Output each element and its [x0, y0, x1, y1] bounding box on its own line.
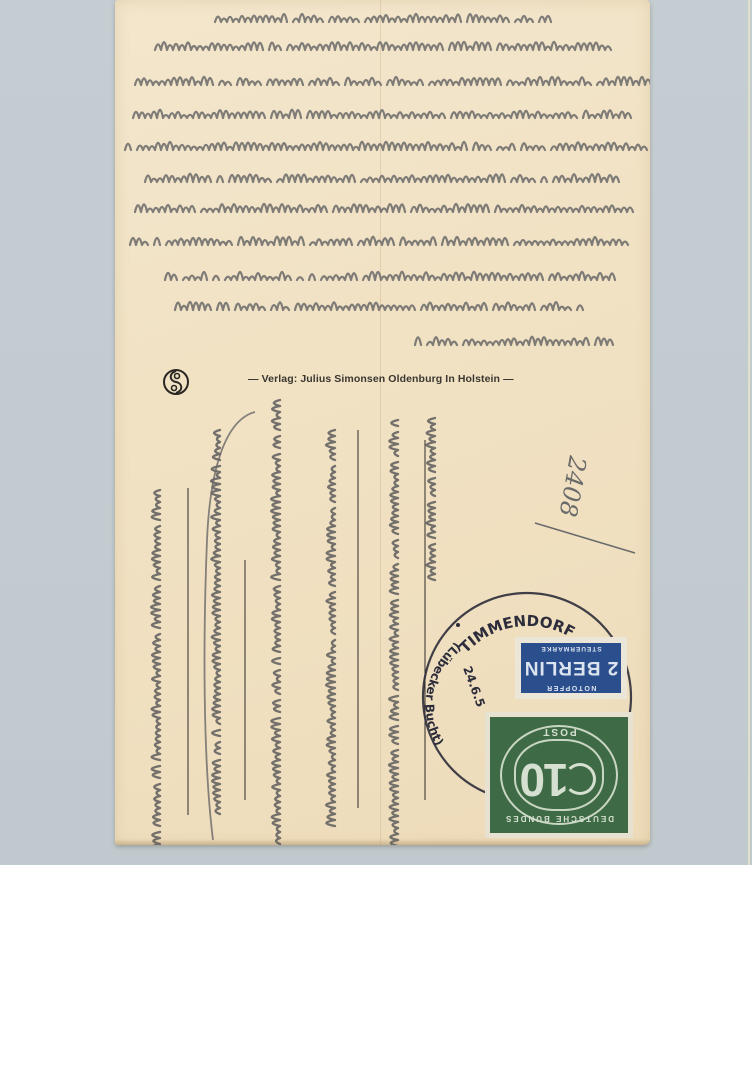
svg-text:(Lübecker Bucht): (Lübecker Bucht) — [423, 640, 464, 748]
stamp-blue-city: BERLIN — [524, 658, 601, 679]
stamp-green-value: 10 — [490, 757, 628, 803]
stamp-notopfer-berlin: NOTOPFER 2 BERLIN STEUERMARKE — [515, 637, 627, 699]
stamp-green-top-text: DEUTSCHE BUNDES — [490, 814, 628, 823]
postmark-region: (Lübecker Bucht) — [423, 640, 464, 748]
backdrop-edge — [748, 0, 750, 865]
stamp-blue-value: 2 — [607, 658, 619, 679]
postcard: 2408 — Verlag: Julius Simonsen Oldenburg… — [115, 0, 650, 845]
postmark-date: 24.6.5 — [460, 664, 488, 709]
stamp-green-bottom-text: POST — [490, 726, 628, 737]
stamp-blue-bottom-text: STEUERMARKE — [540, 645, 601, 652]
stamp-blue-top-text: NOTOPFER — [546, 684, 597, 691]
stamp-posthorn: DEUTSCHE BUNDES 10 POST — [485, 712, 633, 838]
